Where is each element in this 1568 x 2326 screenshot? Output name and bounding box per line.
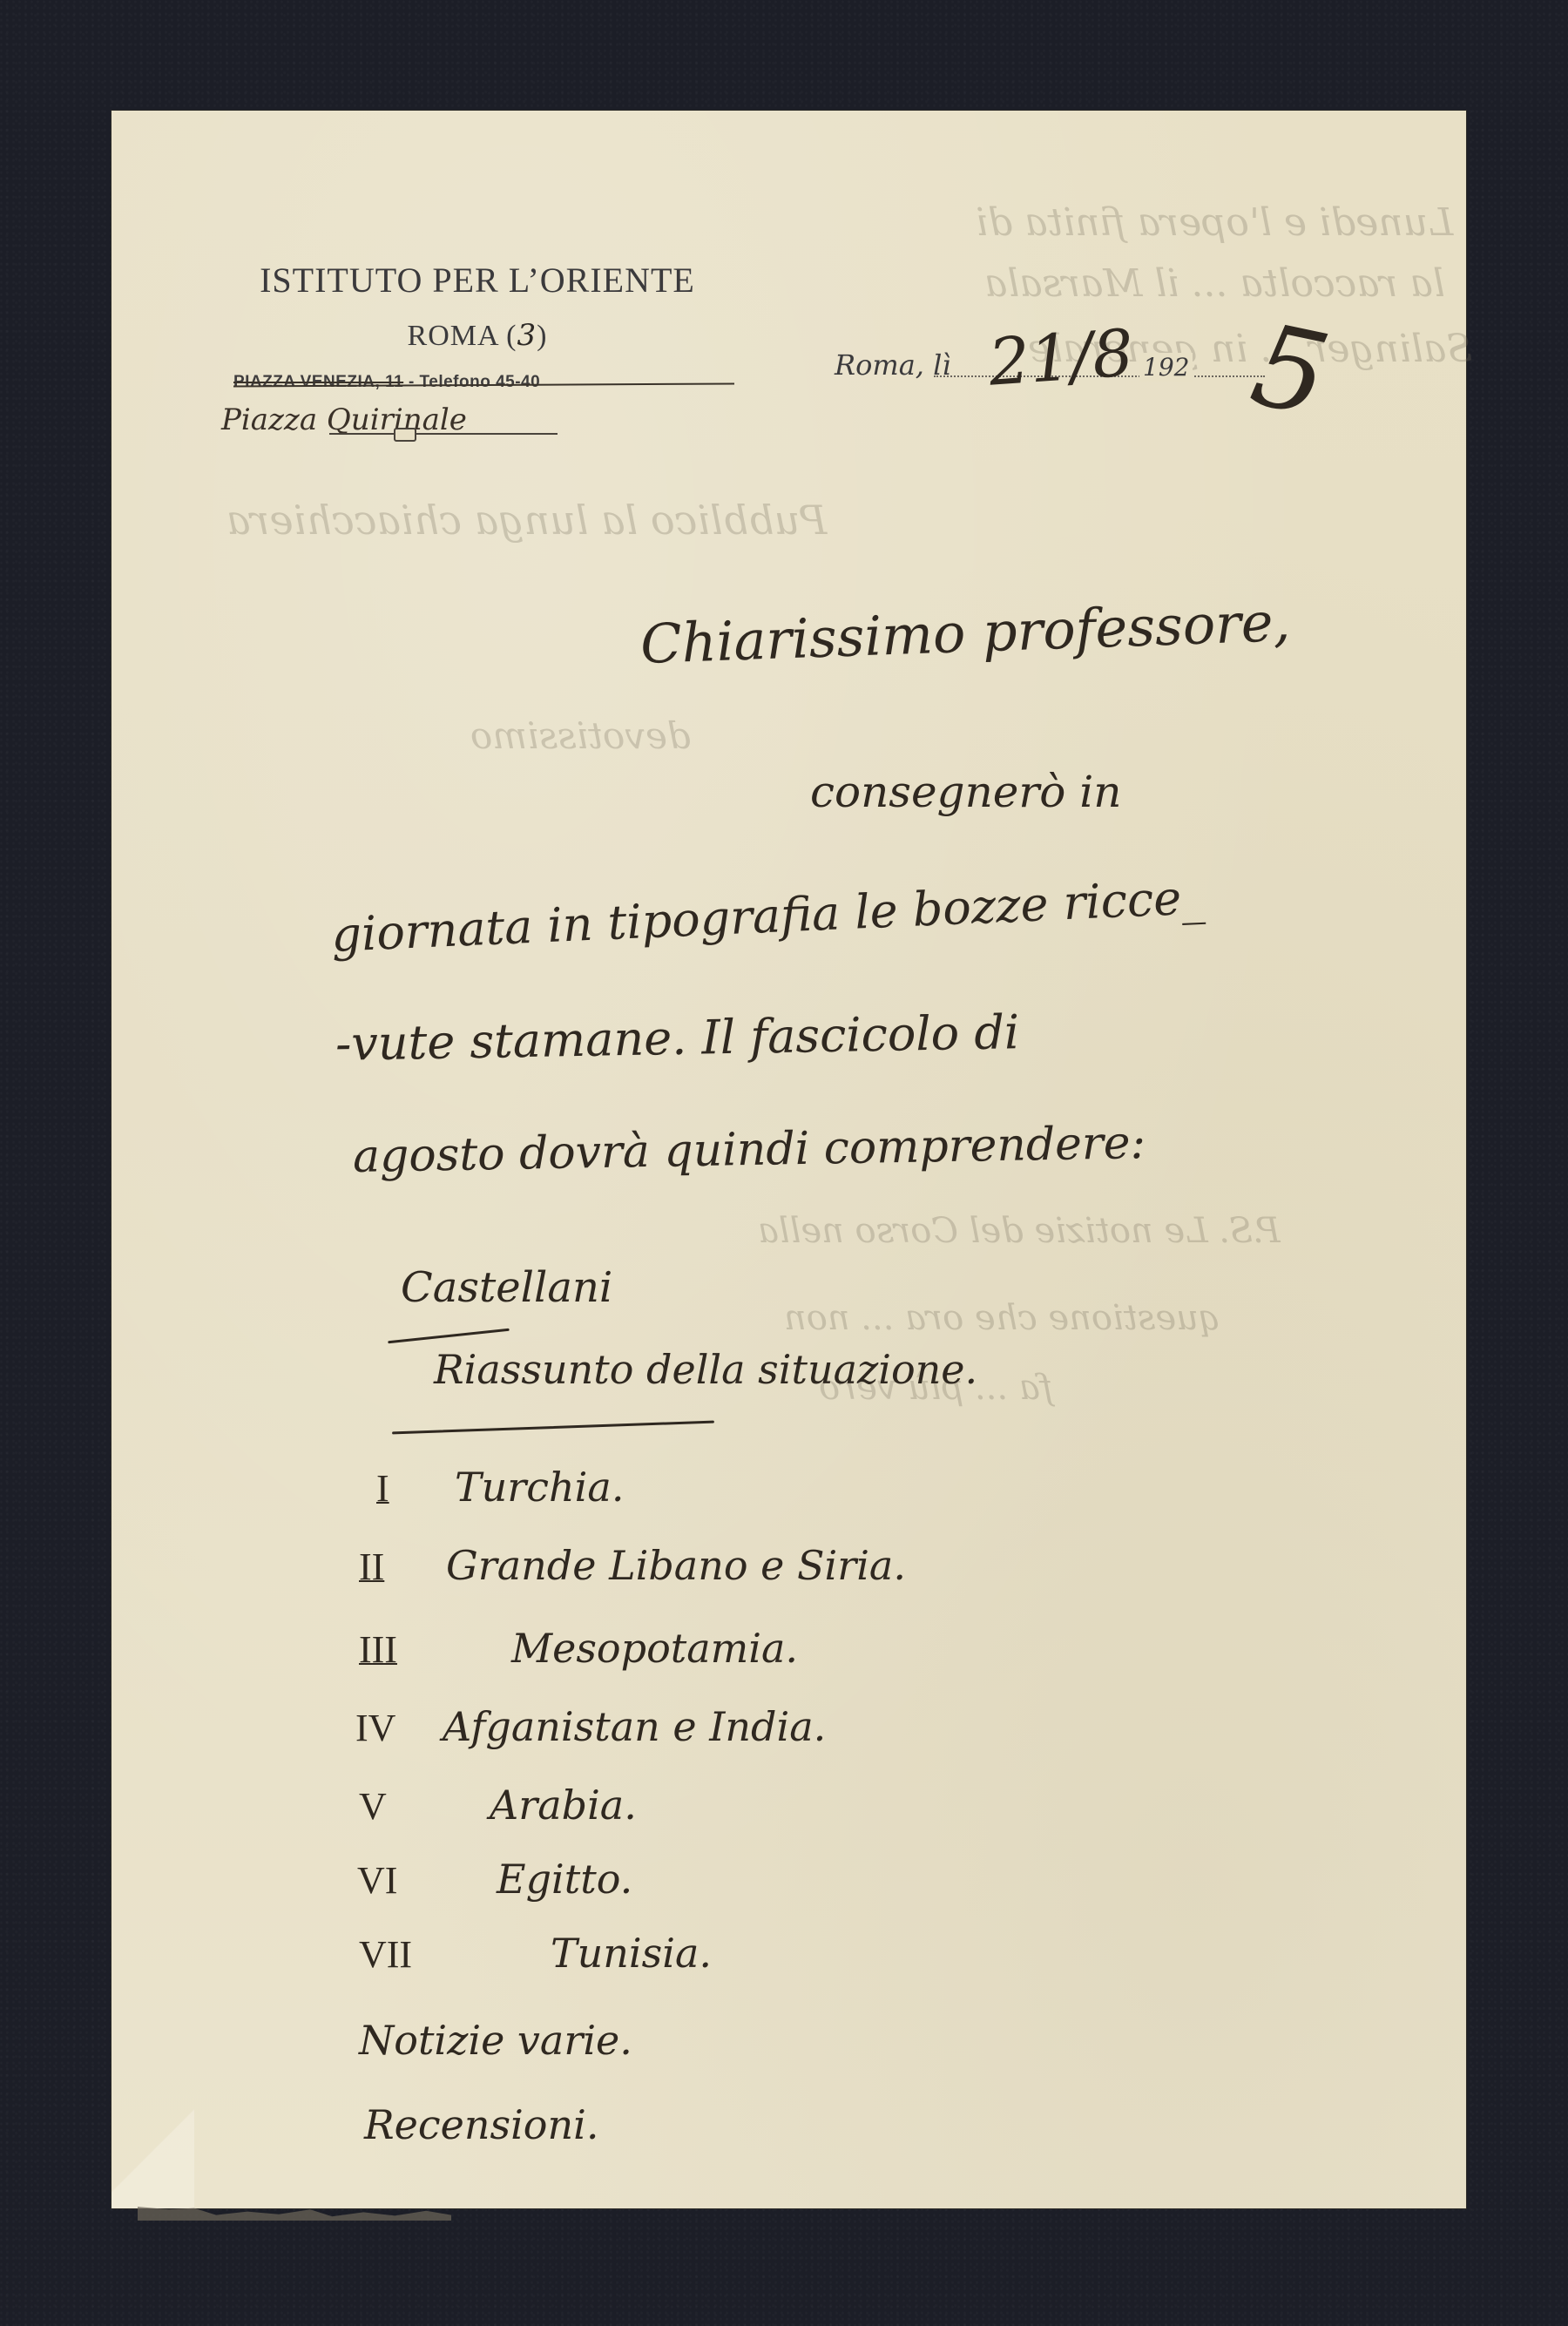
letterhead-address: PIAZZA VENEZIA, 11 - Telefono 45-40 bbox=[233, 373, 540, 392]
telephone: - Telefono 45-40 bbox=[403, 373, 540, 391]
item-numeral: VI bbox=[357, 1858, 436, 1903]
folded-corner bbox=[112, 2095, 194, 2208]
item-numeral: I bbox=[376, 1466, 455, 1511]
bleed-through-line: devotissimo bbox=[470, 714, 691, 757]
item-numeral: III bbox=[359, 1627, 437, 1672]
letterhead-city: ROMA (3) bbox=[212, 318, 743, 353]
contents-item: IIIMesopotamia. bbox=[359, 1625, 798, 1672]
postal-number: 3 bbox=[517, 318, 537, 353]
city-name: ROMA bbox=[408, 320, 498, 352]
postal-close: ) bbox=[537, 320, 547, 352]
item-numeral: II bbox=[359, 1545, 437, 1589]
trailing-item: Notizie varie. bbox=[359, 2017, 632, 2064]
section-title: Riassunto della situazione. bbox=[434, 1346, 977, 1393]
item-label: Mesopotamia. bbox=[511, 1625, 798, 1672]
bleed-through-line: Pubblico la lunga chiacchiera bbox=[226, 497, 827, 544]
contents-item: IVAfganistan e India. bbox=[355, 1703, 826, 1750]
contents-item: IIGrande Libano e Siria. bbox=[359, 1542, 906, 1589]
contents-item: VIEgitto. bbox=[357, 1856, 632, 1903]
item-numeral: IV bbox=[355, 1706, 434, 1750]
bleed-through-line: la raccolta ... il Marsala bbox=[984, 261, 1445, 306]
handwritten-date: 21/8 bbox=[986, 315, 1136, 400]
letterhead-institution: ISTITUTO PER L’ORIENTE bbox=[212, 260, 743, 301]
item-numeral: V bbox=[359, 1784, 437, 1829]
ornament-center bbox=[394, 428, 416, 442]
item-label: Tunisia. bbox=[551, 1930, 712, 1977]
contents-item: VArabia. bbox=[359, 1782, 637, 1829]
postal-open: ( bbox=[506, 320, 517, 352]
item-label: Grande Libano e Siria. bbox=[446, 1542, 906, 1589]
struck-address: PIAZZA VENEZIA, 11 bbox=[233, 373, 403, 391]
bleed-through-line: Lunedi e l'opera finita di bbox=[976, 200, 1453, 245]
item-label: Turchia. bbox=[455, 1464, 624, 1511]
section-author: Castellani bbox=[401, 1263, 612, 1312]
contents-item: VIITunisia. bbox=[359, 1930, 712, 1977]
body-line: consegnerò in bbox=[810, 767, 1121, 817]
item-numeral: VII bbox=[359, 1932, 437, 1977]
year-prefix: 192 bbox=[1139, 353, 1193, 382]
bleed-through-line: P.S. Le notizie del Corso nella bbox=[758, 1211, 1281, 1251]
torn-edge bbox=[138, 2207, 451, 2221]
ornament-rule-right bbox=[418, 433, 558, 435]
contents-item: ITurchia. bbox=[376, 1464, 624, 1511]
bleed-through-line: questione che ora ... non bbox=[784, 1298, 1220, 1338]
item-label: Afganistan e India. bbox=[443, 1703, 826, 1750]
item-label: Arabia. bbox=[490, 1782, 637, 1829]
item-label: Egitto. bbox=[497, 1856, 632, 1903]
trailing-item: Recensioni. bbox=[364, 2101, 598, 2148]
handwritten-address-correction: Piazza Quirinale bbox=[221, 402, 467, 437]
